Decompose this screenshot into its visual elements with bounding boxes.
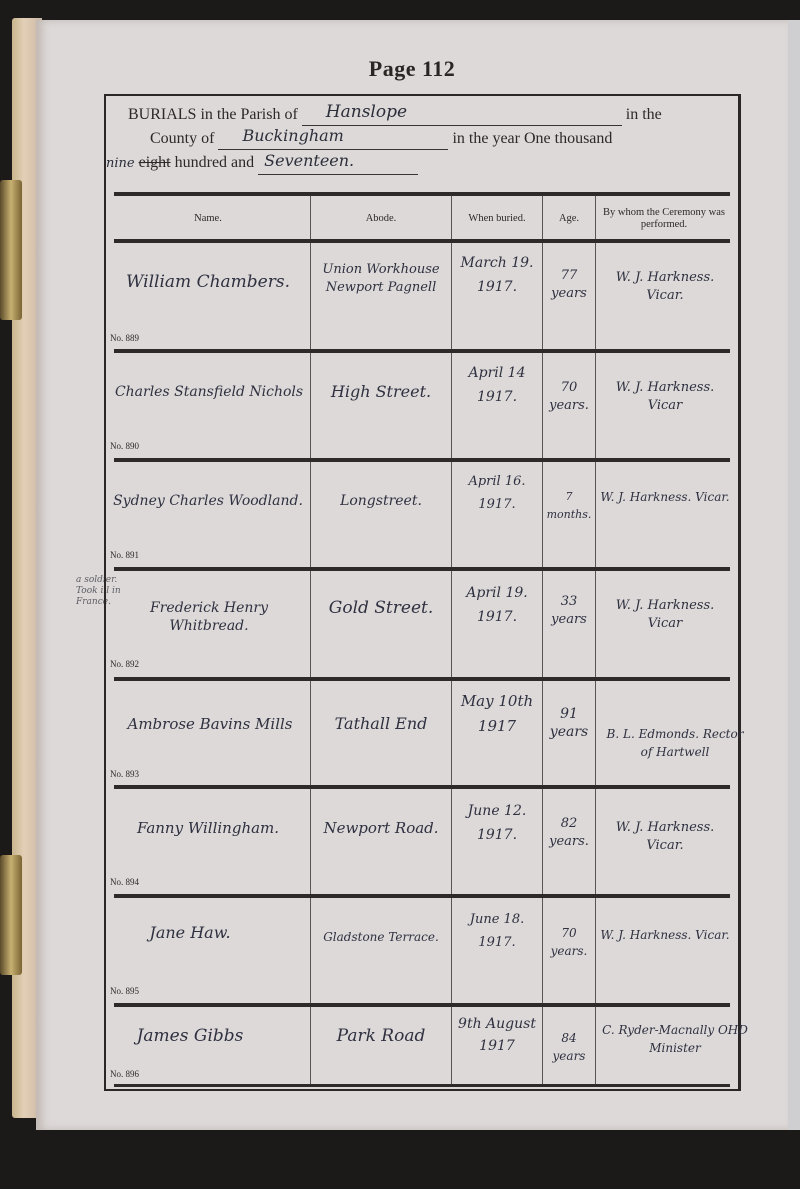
entry-number: No. 892 — [110, 659, 139, 669]
column-header-when-buried: When buried. — [452, 200, 542, 238]
entry-officiant: W. J. Harkness. Vicar — [600, 597, 730, 633]
entry-officiant: C. Ryder-Macnally OHD Minister — [600, 1021, 750, 1057]
century-struck: eight — [139, 154, 171, 171]
entry-officiant: W. J. Harkness. Vicar — [600, 379, 730, 415]
entry-age: 70 years. — [546, 924, 592, 960]
page-title: Page 112 — [36, 56, 788, 82]
entry-name: William Chambers. — [110, 273, 306, 291]
entry-date: April 16. 1917. — [458, 470, 536, 516]
entry-date: March 19. 1917. — [458, 251, 536, 299]
entry-name: Jane Haw. — [110, 924, 270, 942]
year-value: Seventeen. — [264, 150, 354, 172]
entry-abode: Union Workhouse Newport Pagnell — [315, 261, 447, 297]
year-label: in the year One thousand — [452, 130, 612, 147]
column-header-abode: Abode. — [311, 200, 451, 238]
entry-date: 9th August 1917 — [454, 1013, 540, 1057]
parish-field: Hanslope — [302, 107, 622, 126]
table-row: Jane Haw. Gladstone Terrace. June 18. 19… — [106, 898, 738, 1003]
county-value: Buckingham — [242, 125, 343, 147]
entry-name: Fanny Willingham. — [110, 819, 306, 837]
entry-abode: Gold Street. — [315, 599, 447, 617]
entry-officiant: W. J. Harkness. Vicar. — [600, 269, 730, 305]
entry-name: Ambrose Bavins Mills — [110, 715, 310, 733]
entry-name: Charles Stansfield Nichols — [110, 383, 308, 401]
brass-clasp-upper — [0, 180, 22, 320]
entry-age: 77 years — [546, 267, 592, 303]
page-edge-right — [788, 20, 800, 1130]
entry-abode: Newport Road. — [315, 819, 447, 837]
entry-date: April 19. 1917. — [458, 581, 536, 629]
entry-number: No. 889 — [110, 333, 139, 343]
entry-date: June 18. 1917. — [458, 908, 536, 954]
register-header: BURIALS in the Parish of Hanslope in the… — [120, 104, 730, 174]
in-the-label: in the — [626, 106, 662, 123]
table-row: William Chambers. Union Workhouse Newpor… — [106, 243, 738, 349]
table-row: James Gibbs Park Road 9th August 1917 84… — [106, 1007, 738, 1084]
entry-age: 33 years — [546, 593, 592, 629]
entry-number: No. 891 — [110, 550, 139, 560]
column-header-officiant: By whom the Ceremony was performed. — [596, 200, 732, 238]
entry-officiant: W. J. Harkness. Vicar. — [600, 488, 730, 506]
entry-date: June 12. 1917. — [458, 799, 536, 847]
register-page: Page 112 a soldier. Took ill in France. … — [36, 20, 788, 1130]
entry-officiant: W. J. Harkness. Vicar. — [600, 926, 730, 944]
table-row: Frederick Henry Whitbread. Gold Street. … — [106, 571, 738, 677]
table-row: Ambrose Bavins Mills Tathall End May 10t… — [106, 681, 738, 785]
entry-name: Sydney Charles Woodland. — [110, 492, 306, 510]
header-rule — [114, 192, 730, 196]
column-header-name: Name. — [106, 200, 310, 238]
entry-officiant: B. L. Edmonds. Rector of Hartwell — [600, 725, 750, 761]
entry-name: Frederick Henry Whitbread. — [110, 599, 308, 635]
entry-number: No. 895 — [110, 986, 139, 996]
entry-age: 7 months. — [546, 488, 592, 524]
entry-abode: Park Road — [315, 1027, 447, 1045]
entry-number: No. 894 — [110, 877, 139, 887]
entry-age: 84 years — [546, 1029, 592, 1065]
county-field: Buckingham — [218, 131, 448, 150]
entry-number: No. 890 — [110, 441, 139, 451]
burials-label: BURIALS in the Parish of — [128, 106, 298, 123]
entry-abode: Gladstone Terrace. — [315, 928, 447, 946]
county-label: County of — [150, 130, 214, 147]
column-header-age: Age. — [543, 200, 595, 238]
entry-age: 70 years. — [546, 379, 592, 415]
entry-age: 91 years — [546, 705, 592, 741]
entry-number: No. 896 — [110, 1069, 139, 1079]
entry-abode: Longstreet. — [315, 492, 447, 510]
entry-date: May 10th 1917 — [458, 689, 536, 739]
entry-officiant: W. J. Harkness. Vicar. — [600, 819, 730, 855]
bottom-rule — [114, 1084, 730, 1087]
entry-date: April 14 1917. — [458, 361, 536, 409]
entry-number: No. 893 — [110, 769, 139, 779]
year-field: Seventeen. — [258, 156, 418, 175]
entry-age: 82 years. — [546, 815, 592, 851]
parish-value: Hanslope — [326, 101, 407, 123]
century-correction: nine — [106, 156, 135, 171]
entry-name: James Gibbs — [110, 1027, 270, 1045]
hundred-and-label: hundred and — [175, 154, 255, 171]
burial-register-table: BURIALS in the Parish of Hanslope in the… — [104, 94, 741, 1091]
entry-abode: High Street. — [315, 383, 447, 401]
table-row: Fanny Willingham. Newport Road. June 12.… — [106, 789, 738, 894]
entry-abode: Tathall End — [315, 715, 447, 733]
brass-clasp-lower — [0, 855, 22, 975]
table-row: Sydney Charles Woodland. Longstreet. Apr… — [106, 462, 738, 567]
table-row: Charles Stansfield Nichols High Street. … — [106, 353, 738, 458]
